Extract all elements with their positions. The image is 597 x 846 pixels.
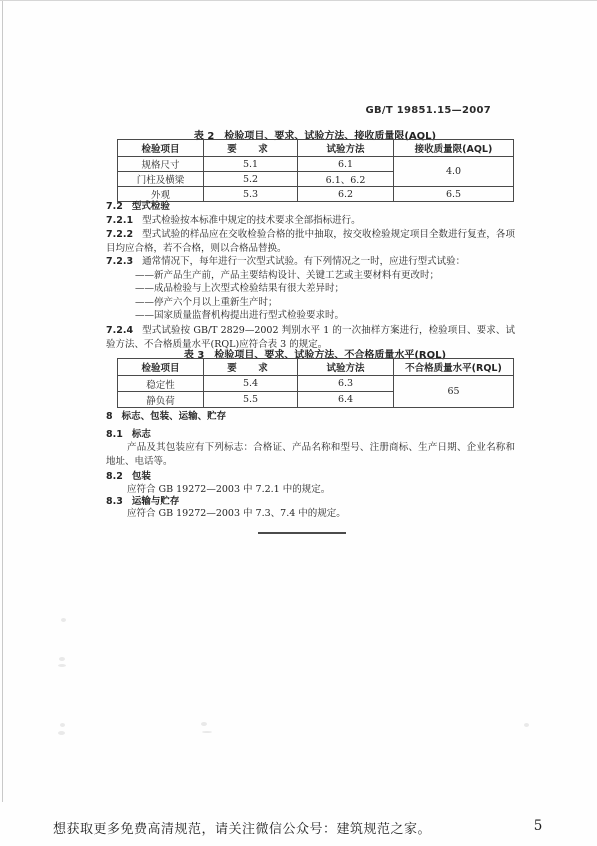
cell-test-method: 6.3 bbox=[298, 376, 394, 392]
scan-edge-left bbox=[2, 0, 3, 802]
clause-number: 8.3 bbox=[106, 496, 123, 507]
table2-col-requirement: 要 求 bbox=[204, 140, 298, 157]
clause-title: 包装 bbox=[132, 471, 151, 482]
list-item: ——停产六个月以上重新生产时； bbox=[135, 296, 513, 309]
clause-8-1-text: 产品及其包装应有下列标志：合格证、产品名称和型号、注册商标、生产日期、企业名称和… bbox=[106, 441, 515, 469]
clause-8-1-heading: 8.1标志 bbox=[106, 428, 515, 441]
table2-row: 规格尺寸 5.1 6.1 4.0 bbox=[118, 157, 514, 172]
clause-7-2-heading: 7.2型式检验 bbox=[106, 200, 515, 213]
table3-header-row: 检验项目 要 求 试验方法 不合格质量水平(RQL) bbox=[118, 359, 514, 376]
cell-requirement: 5.5 bbox=[204, 392, 298, 408]
cell-rql-merged: 65 bbox=[394, 376, 514, 408]
cell-test-method: 6.4 bbox=[298, 392, 394, 408]
cell-item: 规格尺寸 bbox=[118, 157, 204, 172]
list-item: ——国家质量监督机构提出进行型式检验要求时。 bbox=[135, 309, 513, 322]
cell-test-method: 6.1、6.2 bbox=[298, 172, 394, 187]
list-item: ——新产品生产前，产品主要结构设计、关键工艺或主要材料有更改时； bbox=[135, 269, 513, 282]
cell-item: 门柱及横梁 bbox=[118, 172, 204, 187]
clause-8-2-heading: 8.2包装 bbox=[106, 470, 515, 483]
site-footer-note: 想获取更多免费高清规范，请关注微信公众号：建筑规范之家。 bbox=[53, 818, 431, 837]
scan-noise bbox=[61, 618, 66, 622]
table3-inspection-rql: 检验项目 要 求 试验方法 不合格质量水平(RQL) 稳定性 5.4 6.3 6… bbox=[117, 358, 514, 408]
scan-edge-top bbox=[0, 0, 597, 1]
clause-title: 运输与贮存 bbox=[132, 496, 180, 507]
clause-7-2-2: 7.2.2型式试验的样品应在交收检验合格的批中抽取，按交收检验规定项目全数进行复… bbox=[106, 228, 515, 256]
clause-7-2-1: 7.2.1型式检验按本标准中规定的技术要求全部指标进行。 bbox=[106, 214, 515, 227]
table3-col-test-method: 试验方法 bbox=[298, 359, 394, 376]
table2-col-test-method: 试验方法 bbox=[298, 140, 394, 157]
cell-item: 静负荷 bbox=[118, 392, 204, 408]
scan-noise bbox=[59, 657, 65, 661]
clause-title: 型式检验 bbox=[132, 201, 170, 212]
scan-noise bbox=[524, 723, 529, 727]
cell-requirement: 5.2 bbox=[204, 172, 298, 187]
table2-col-item: 检验项目 bbox=[118, 140, 204, 157]
clause-number: 8 bbox=[106, 411, 113, 422]
clause-number: 7.2.4 bbox=[106, 325, 133, 336]
table3-row: 稳定性 5.4 6.3 65 bbox=[118, 376, 514, 392]
page-number: 5 bbox=[528, 818, 548, 834]
clause-number: 8.1 bbox=[106, 429, 123, 440]
scan-noise bbox=[60, 723, 65, 727]
scan-noise bbox=[58, 731, 65, 735]
scan-noise bbox=[58, 664, 66, 667]
table2-inspection-aql: 检验项目 要 求 试验方法 接收质量限(AQL) 规格尺寸 5.1 6.1 4.… bbox=[117, 139, 514, 202]
list-item: ——成品检验与上次型式检验结果有很大差异时； bbox=[135, 282, 513, 295]
clause-number: 7.2.1 bbox=[106, 215, 133, 226]
table3-col-rql: 不合格质量水平(RQL) bbox=[394, 359, 514, 376]
clause-number: 7.2 bbox=[106, 201, 123, 212]
clause-7-2-3: 7.2.3通常情况下，每年进行一次型式试验。有下列情况之一时，应进行型式试验： bbox=[106, 255, 515, 268]
clause-text: 通常情况下，每年进行一次型式试验。有下列情况之一时，应进行型式试验： bbox=[142, 256, 465, 267]
clause-title: 标志 bbox=[132, 429, 151, 440]
cell-requirement: 5.4 bbox=[204, 376, 298, 392]
scanned-document-page: GB/T 19851.15—2007 表 2 检验项目、要求、试验方法、接收质量… bbox=[0, 0, 597, 846]
clause-text: 型式检验按本标准中规定的技术要求全部指标进行。 bbox=[142, 215, 361, 226]
table2-header-row: 检验项目 要 求 试验方法 接收质量限(AQL) bbox=[118, 140, 514, 157]
clause-text: 型式试验的样品应在交收检验合格的批中抽取，按交收检验规定项目全数进行复查，各项目… bbox=[106, 229, 515, 254]
clause-number: 7.2.2 bbox=[106, 229, 133, 240]
table2-col-aql: 接收质量限(AQL) bbox=[394, 140, 514, 157]
cell-aql-merged: 4.0 bbox=[394, 157, 514, 187]
clause-8-3-text: 应符合 GB 19272—2003 中 7.3、7.4 中的规定。 bbox=[106, 507, 515, 521]
cell-requirement: 5.1 bbox=[204, 157, 298, 172]
clause-8-heading: 8标志、包装、运输、贮存 bbox=[106, 410, 515, 423]
cell-item: 稳定性 bbox=[118, 376, 204, 392]
clause-title: 标志、包装、运输、贮存 bbox=[122, 411, 227, 422]
scan-noise bbox=[202, 731, 212, 733]
standard-code-header: GB/T 19851.15—2007 bbox=[0, 105, 491, 116]
cell-test-method: 6.1 bbox=[298, 157, 394, 172]
table3-col-item: 检验项目 bbox=[118, 359, 204, 376]
scan-noise bbox=[201, 722, 207, 726]
clause-number: 8.2 bbox=[106, 471, 123, 482]
clause-number: 7.2.3 bbox=[106, 256, 133, 267]
end-of-text-rule bbox=[258, 532, 346, 534]
table3-col-requirement: 要 求 bbox=[204, 359, 298, 376]
